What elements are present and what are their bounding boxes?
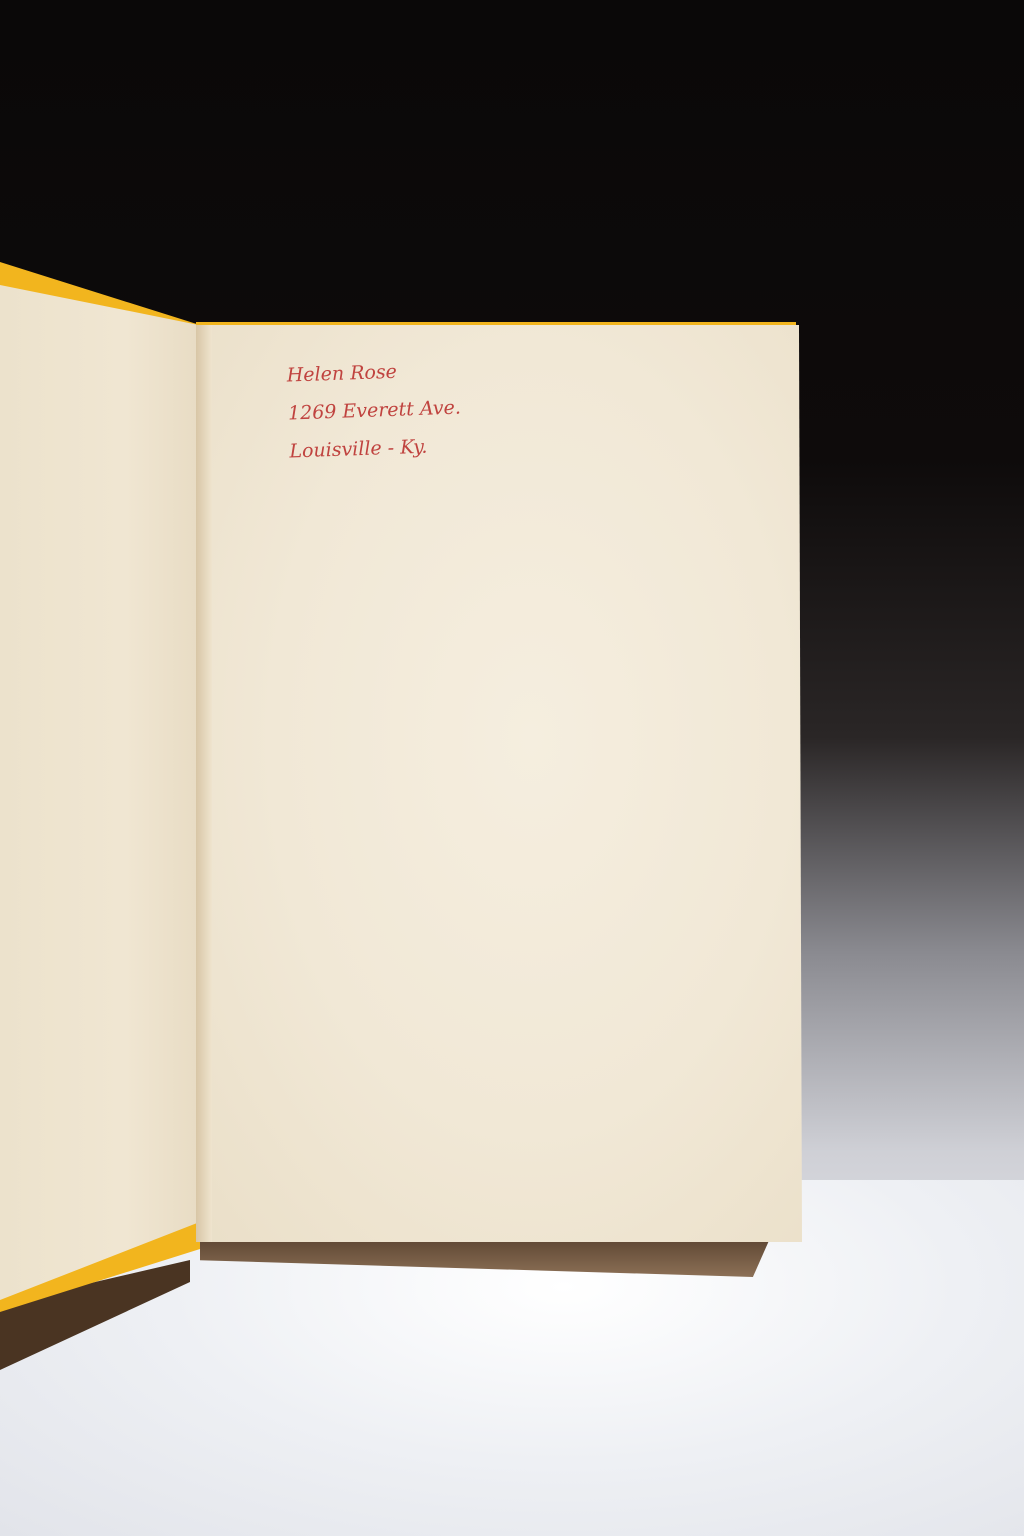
- book-gutter: [196, 325, 212, 1242]
- handwritten-inscription: Helen Rose 1269 Everett Ave. Louisville …: [286, 347, 550, 470]
- front-pastedown-endpaper: [0, 285, 208, 1300]
